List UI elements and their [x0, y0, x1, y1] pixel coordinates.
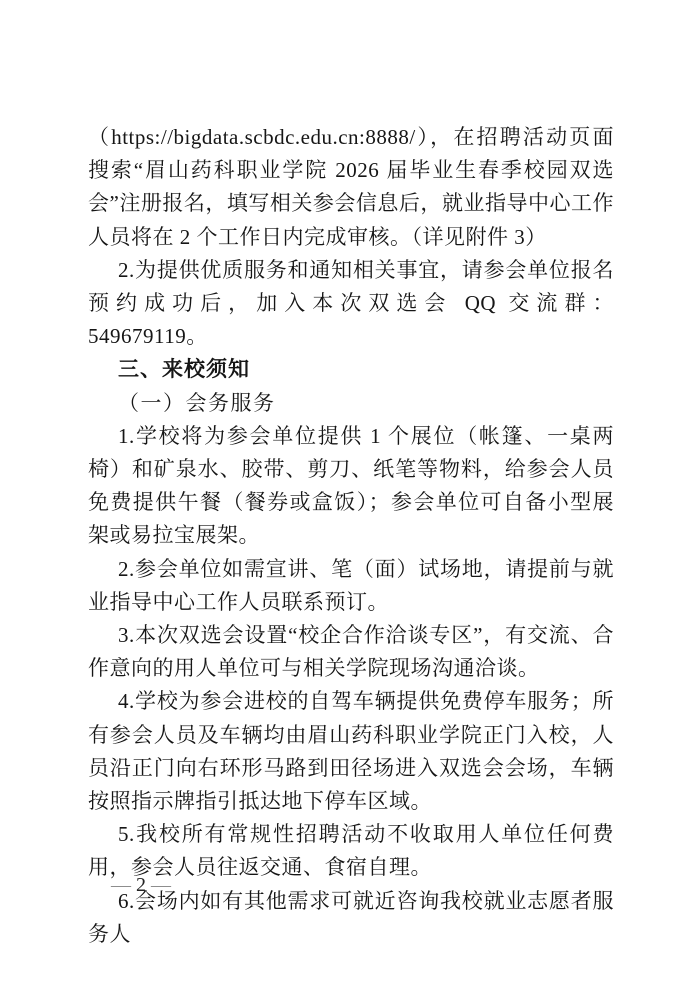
paragraph-item-1-booth-supplies: 1.学校将为参会单位提供 1 个展位（帐篷、一桌两椅）和矿泉水、胶带、剪刀、纸笔…	[88, 420, 614, 553]
subheading-1-conference-services: （一）会务服务	[88, 387, 614, 420]
heading-section-3-campus-visit-notes: 三、来校须知	[88, 353, 614, 386]
footer-left-dash: —	[111, 874, 131, 896]
document-body: （https://bigdata.scbdc.edu.cn:8888/），在招聘…	[88, 121, 614, 951]
paragraph-item-3-cooperation-zone: 3.本次双选会设置“校企合作洽谈专区”，有交流、合作意向的用人单位可与相关学院现…	[88, 619, 614, 685]
page-footer: —2—	[111, 871, 171, 899]
paragraph-item-4-parking-directions: 4.学校为参会进校的自驾车辆提供免费停车服务；所有参会人员及车辆均由眉山药科职业…	[88, 685, 614, 818]
paragraph-item-2-venue-booking: 2.参会单位如需宣讲、笔（面）试场地，请提前与就业指导中心工作人员联系预订。	[88, 553, 614, 619]
paragraph-qq-group-notice: 2.为提供优质服务和通知相关事宜，请参会单位报名预约成功后，加入本次双选会 QQ…	[88, 254, 614, 354]
paragraph-registration-url: （https://bigdata.scbdc.edu.cn:8888/），在招聘…	[88, 121, 614, 254]
footer-right-dash: —	[151, 874, 171, 896]
document-page: （https://bigdata.scbdc.edu.cn:8888/），在招聘…	[0, 0, 700, 989]
page-number: 2	[131, 874, 151, 896]
